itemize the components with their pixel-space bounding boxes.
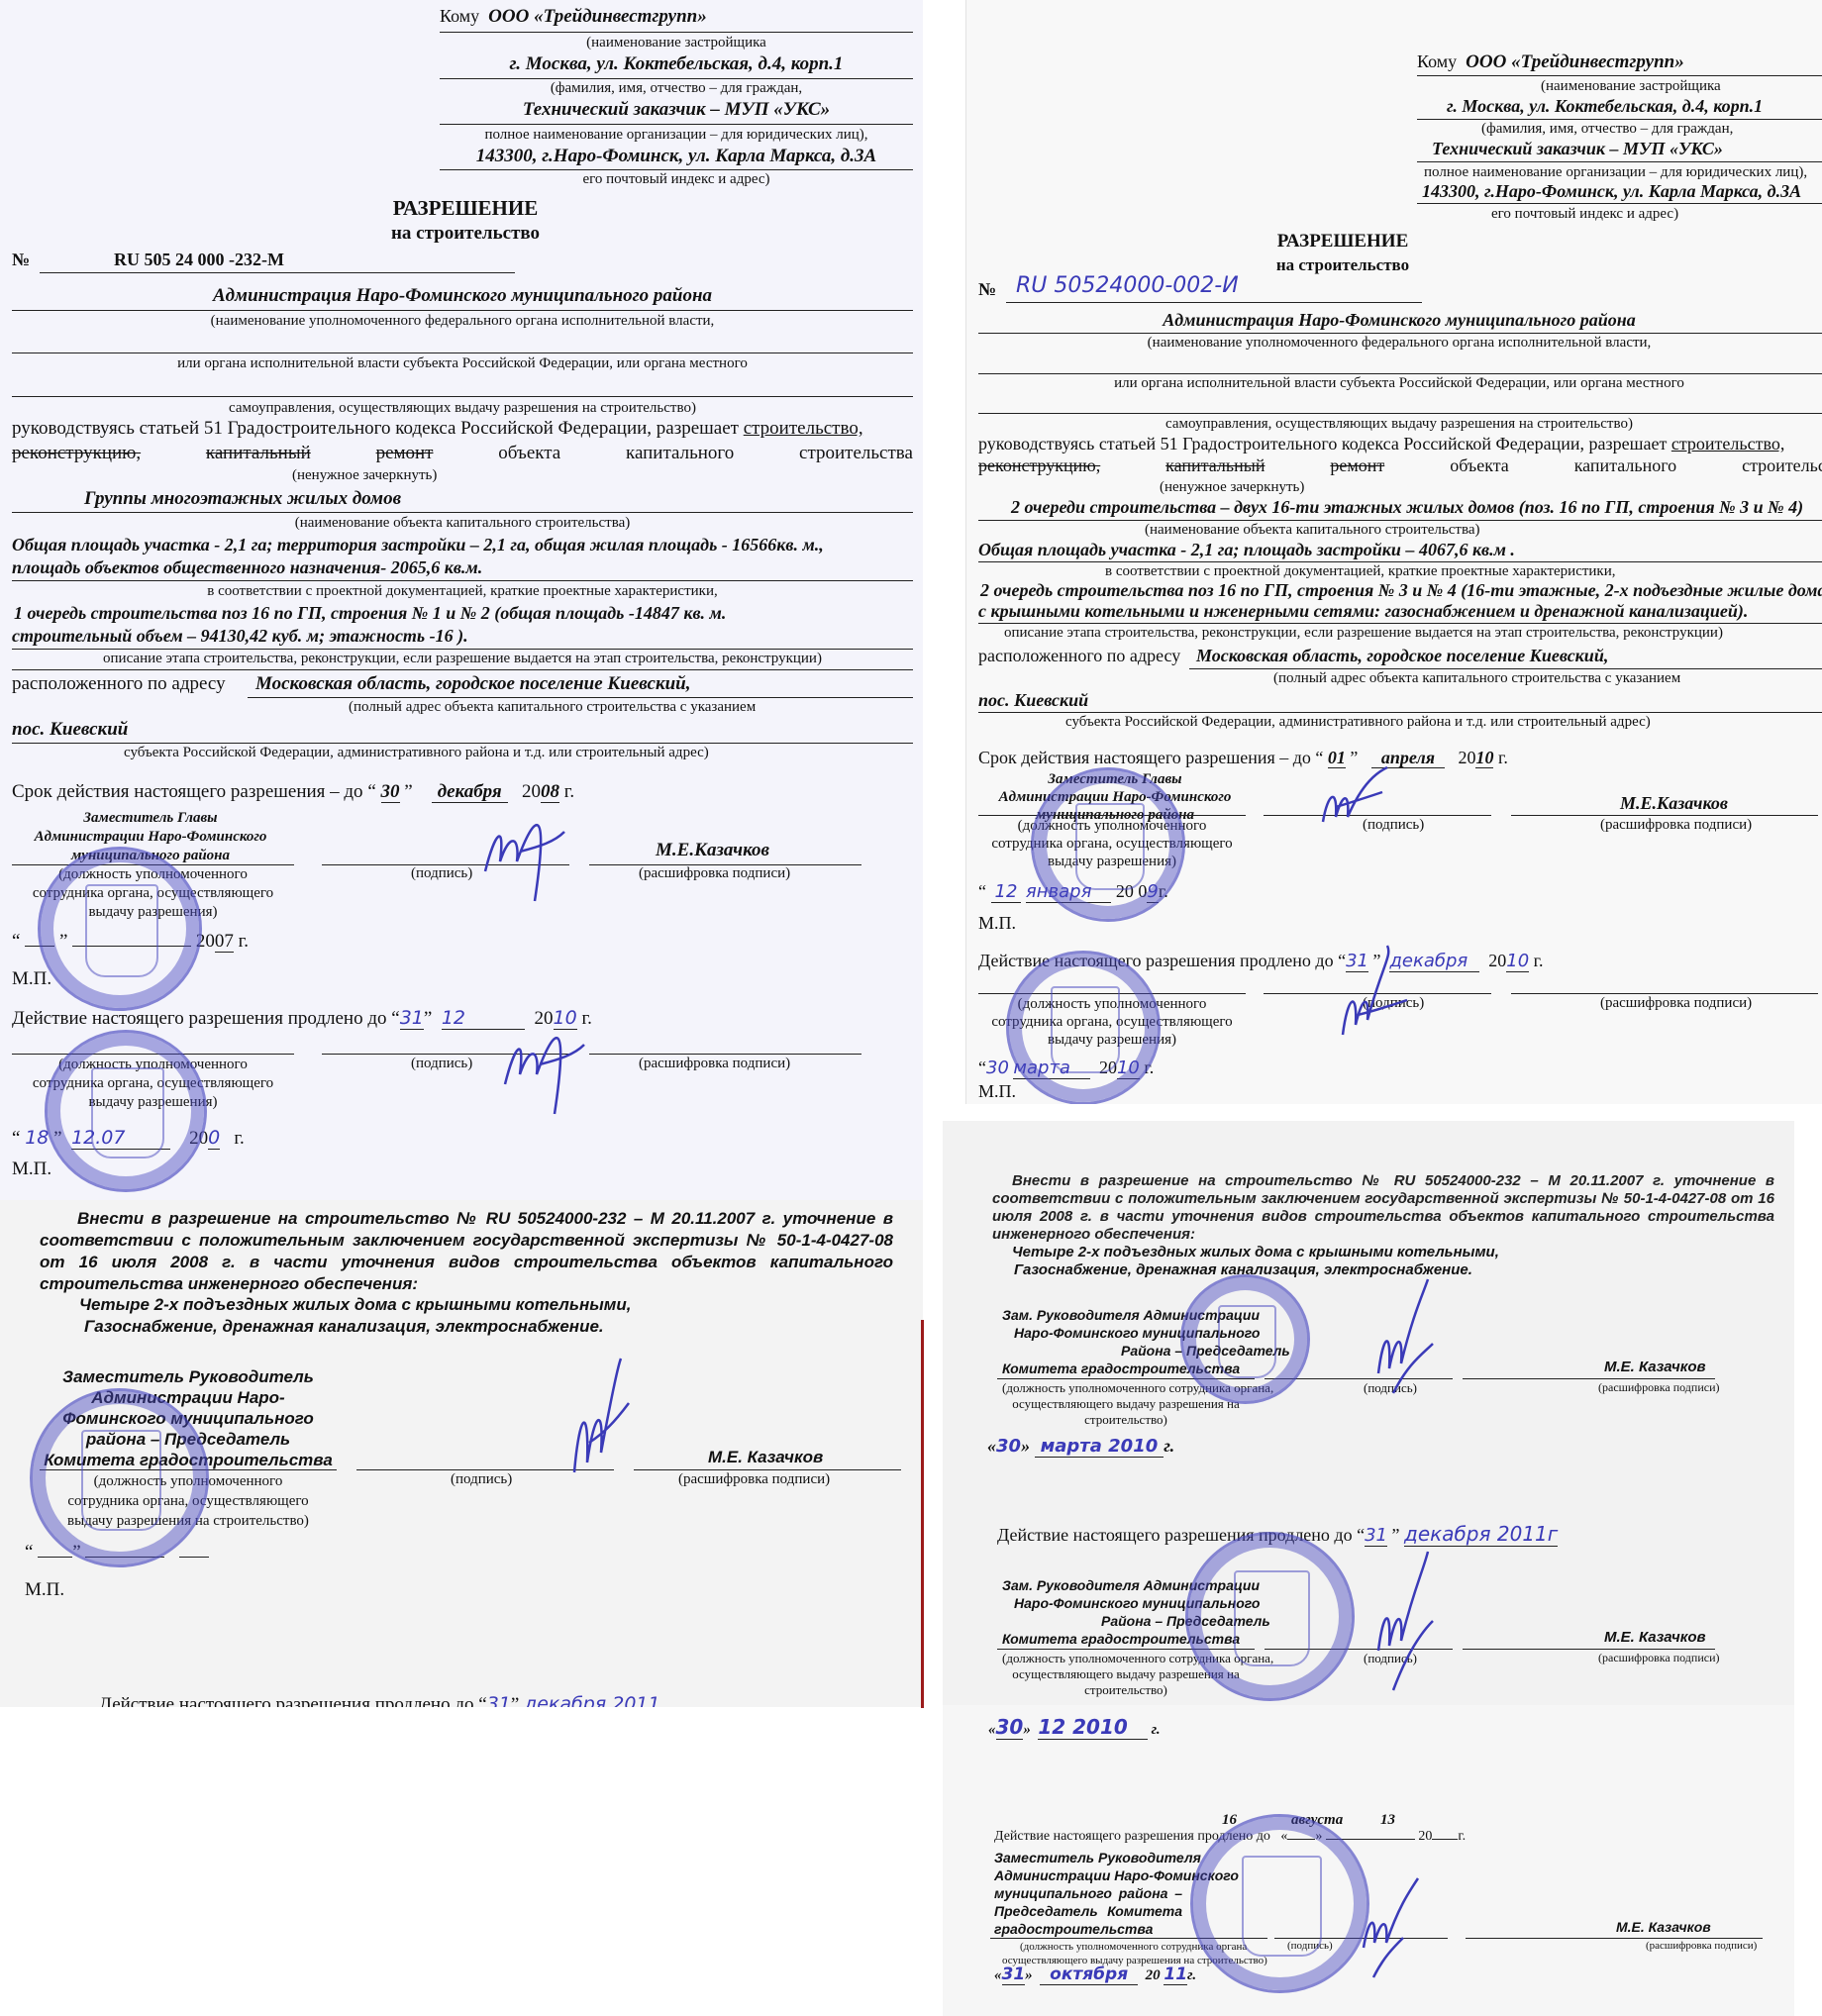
authority-name: Администрация Наро-Фоминского муниципаль…	[978, 310, 1820, 331]
typed-year: 13	[1380, 1812, 1395, 1829]
amendment-item: Газоснабжение, дренажная канализация, эл…	[84, 1317, 604, 1337]
caption: (подпись)	[451, 1471, 512, 1488]
signature-icon	[1364, 1274, 1443, 1413]
caption: (расшифровка подписи)	[1600, 995, 1752, 1012]
developer-address: г. Москва, ул. Коктебельская, д.4, корп.…	[440, 53, 913, 75]
caption: его почтовый индекс и адрес)	[1491, 206, 1678, 223]
caption: или органа исполнительной власти субъект…	[12, 355, 913, 372]
characteristics: Общая площадь участка - 2,1 га; площадь …	[978, 540, 1515, 560]
to-line: Кому ООО «Трейдинвестгрупп»	[440, 6, 707, 28]
extension-date: «30» 12 2010 г.	[988, 1715, 1161, 1739]
caption: (наименование объекта капитального строи…	[1145, 522, 1480, 539]
object-type-line: реконструкцию, капитальный ремонт объект…	[12, 443, 913, 464]
caption: (подпись)	[411, 1056, 472, 1072]
caption: (расшифровка подписи)	[639, 1056, 790, 1072]
seal-label: М.П.	[25, 1579, 64, 1601]
characteristics: площадь объектов общественного назначени…	[12, 557, 482, 578]
customer-name: Технический заказчик – МУП «УКС»	[440, 99, 913, 121]
signature-icon	[465, 792, 574, 911]
caption: в соответствии с проектной документацией…	[1105, 563, 1616, 580]
developer-name: ООО «Трейдинвестгрупп»	[488, 6, 707, 27]
permit-number: RU 50524000-002-И	[1016, 273, 1239, 298]
signer-name: М.Е.Казачков	[656, 840, 769, 861]
caption: описание этапа строительства, реконструк…	[1004, 625, 1723, 642]
address-settlement: пос. Киевский	[12, 719, 128, 741]
caption: (ненужное зачеркнуть)	[292, 467, 437, 484]
signer-name: М.Е. Казачков	[708, 1448, 823, 1467]
official-stamp-icon	[1190, 1814, 1369, 1993]
characteristics: Общая площадь участка - 2,1 га; территор…	[12, 535, 824, 555]
seal-label: М.П.	[12, 1159, 51, 1180]
document-subtitle: на строительство	[277, 223, 654, 245]
signature-icon	[1349, 1868, 1438, 1987]
signer-name: М.Е. Казачков	[1604, 1629, 1706, 1646]
extension-sign-date: «31» октября 20 11г.	[994, 1965, 1196, 1984]
official-stamp-icon	[30, 1388, 209, 1567]
object-name: Группы многоэтажных жилых домов	[84, 488, 401, 510]
permit-page-2: Кому ООО «Трейдинвестгрупп» (наименовани…	[965, 0, 1822, 1104]
caption: (наименование застройщика	[440, 35, 913, 51]
signature-icon	[1364, 1542, 1443, 1700]
caption: (полный адрес объекта капитального строи…	[349, 699, 756, 716]
stage-description: 1 очередь строительства поз 16 по ГП, ст…	[14, 603, 726, 624]
address-settlement: пос. Киевский	[978, 690, 1088, 711]
caption: (подпись)	[411, 865, 472, 882]
document-subtitle: на строительство	[1164, 255, 1521, 275]
developer-name: ООО «Трейдинвестгрупп»	[1466, 51, 1684, 72]
amendment-text: Внести в разрешение на строительство № R…	[992, 1172, 1774, 1244]
number-label: №	[12, 250, 30, 270]
address-label: расположенного по адресу	[12, 673, 226, 695]
caption: его почтовый индекс и адрес)	[440, 171, 913, 188]
amendment-page-2: Внести в разрешение на строительство № R…	[943, 1121, 1794, 1705]
caption: самоуправления, осуществляющих выдачу ра…	[978, 416, 1820, 433]
postal-address: 143300, г.Наро-Фоминск, ул. Карла Маркса…	[440, 146, 913, 167]
legal-basis: руководствуясь статьей 51 Градостроитель…	[978, 434, 1784, 454]
signer-name: М.Е.Казачков	[1620, 793, 1728, 814]
signer-name: М.Е. Казачков	[1616, 1919, 1711, 1935]
margin-line	[921, 1320, 924, 1708]
caption: (расшифровка подписи)	[678, 1471, 830, 1488]
official-stamp-icon	[1031, 767, 1185, 922]
validity-year: 10	[1475, 748, 1493, 768]
signature-icon	[1328, 936, 1417, 1064]
stage-description: 2 очередь строительства поз 16 по ГП, ст…	[980, 580, 1822, 601]
document-title: РАЗРЕШЕНИЕ	[277, 196, 654, 221]
caption: или органа исполнительной власти субъект…	[978, 375, 1820, 392]
seal-label: М.П.	[12, 968, 51, 990]
authority-name: Администрация Наро-Фоминского муниципаль…	[12, 285, 913, 307]
caption: описание этапа строительства, реконструк…	[12, 651, 913, 667]
validity-day: 30	[381, 781, 400, 803]
address-label: расположенного по адресу	[978, 646, 1180, 666]
caption: полное наименование организации – для юр…	[440, 127, 913, 144]
signature-icon	[485, 1005, 594, 1124]
caption: (наименование уполномоченного федерально…	[978, 335, 1820, 352]
amendment-date: «30» марта 2010г.	[987, 1436, 1174, 1457]
caption: в соответствии с проектной документацией…	[12, 583, 913, 600]
amendment-item: Четыре 2-х подъездных жилых дома с крышн…	[79, 1295, 631, 1315]
amendment-text: Внести в разрешение на строительство № R…	[40, 1208, 893, 1295]
caption: (наименование уполномоченного федерально…	[12, 313, 913, 330]
caption: (наименование застройщика	[1541, 78, 1721, 95]
amendment-item: Четыре 2-х подъездных жилых дома с крышн…	[1012, 1244, 1499, 1260]
to-line: Кому ООО «Трейдинвестгрупп»	[1417, 51, 1684, 73]
seal-label: М.П.	[978, 1081, 1016, 1102]
amendment-page-1: Внести в разрешение на строительство № R…	[0, 1200, 923, 1707]
signature-icon	[1308, 762, 1397, 842]
caption: (расшифровка подписи)	[1598, 1651, 1720, 1665]
extension-cut-line: Действие настоящего разрешения продлено …	[99, 1693, 660, 1707]
stage-description: с крышными котельными и нженерными сетям…	[978, 601, 1748, 622]
developer-address: г. Москва, ул. Коктебельская, д.4, корп.…	[1447, 96, 1763, 117]
official-stamp-icon	[1006, 951, 1161, 1104]
address-value: Московская область, городское поселение …	[1196, 646, 1608, 666]
caption: самоуправления, осуществляющих выдачу ра…	[12, 400, 913, 417]
address-value: Московская область, городское поселение …	[255, 673, 690, 695]
caption: (фамилия, имя, отчество – для граждан,	[1481, 121, 1733, 138]
signer-name: М.Е. Казачков	[1604, 1359, 1706, 1375]
signature-icon	[559, 1354, 639, 1492]
permit-number: RU 505 24 000 -232-М	[114, 250, 284, 270]
official-stamp-icon	[1180, 1274, 1310, 1404]
caption: (расшифровка подписи)	[1646, 1940, 1757, 1952]
caption: (фамилия, имя, отчество – для граждан,	[440, 80, 913, 97]
stage-description: строительный объем – 94130,42 куб. м; эт…	[12, 626, 468, 647]
official-stamp-icon	[45, 1030, 207, 1192]
legal-basis: руководствуясь статьей 51 Градостроитель…	[12, 418, 913, 440]
postal-address: 143300, г.Наро-Фоминск, ул. Карла Маркса…	[1422, 181, 1801, 202]
official-stamp-icon	[1185, 1532, 1355, 1701]
extension-day: 31	[400, 1007, 424, 1030]
caption: (полный адрес объекта капитального строи…	[1273, 670, 1680, 687]
object-name: 2 очереди строительства – двух 16-ти эта…	[1011, 497, 1803, 518]
object-type-line: реконструкцию, капитальный ремонт объект…	[978, 455, 1822, 476]
official-title: Заместитель Руководителя Администрации Н…	[994, 1849, 1182, 1938]
caption: (расшифровка подписи)	[639, 865, 790, 882]
caption: субъекта Российской Федерации, администр…	[1065, 714, 1651, 731]
caption: (расшифровка подписи)	[1600, 817, 1752, 834]
document-title: РАЗРЕШЕНИЕ	[1164, 231, 1521, 252]
official-stamp-icon	[38, 847, 202, 1011]
permit-page-1: Кому ООО «Трейдинвестгрупп» (наименовани…	[0, 0, 923, 1200]
caption: (наименование объекта капитального строи…	[12, 515, 913, 532]
caption: (ненужное зачеркнуть)	[1160, 479, 1304, 496]
extension-page-3: «30» 12 2010 г. 16 августа 13 Действие н…	[943, 1705, 1794, 2016]
number-label: №	[978, 279, 996, 300]
seal-label: М.П.	[978, 913, 1016, 934]
caption: полное наименование организации – для юр…	[1424, 164, 1807, 181]
caption: (расшифровка подписи)	[1598, 1380, 1720, 1395]
customer-name: Технический заказчик – МУП «УКС»	[1432, 139, 1723, 159]
caption: субъекта Российской Федерации, администр…	[124, 745, 709, 761]
validity-line: Срок действия настоящего разрешения – до…	[978, 748, 1508, 768]
